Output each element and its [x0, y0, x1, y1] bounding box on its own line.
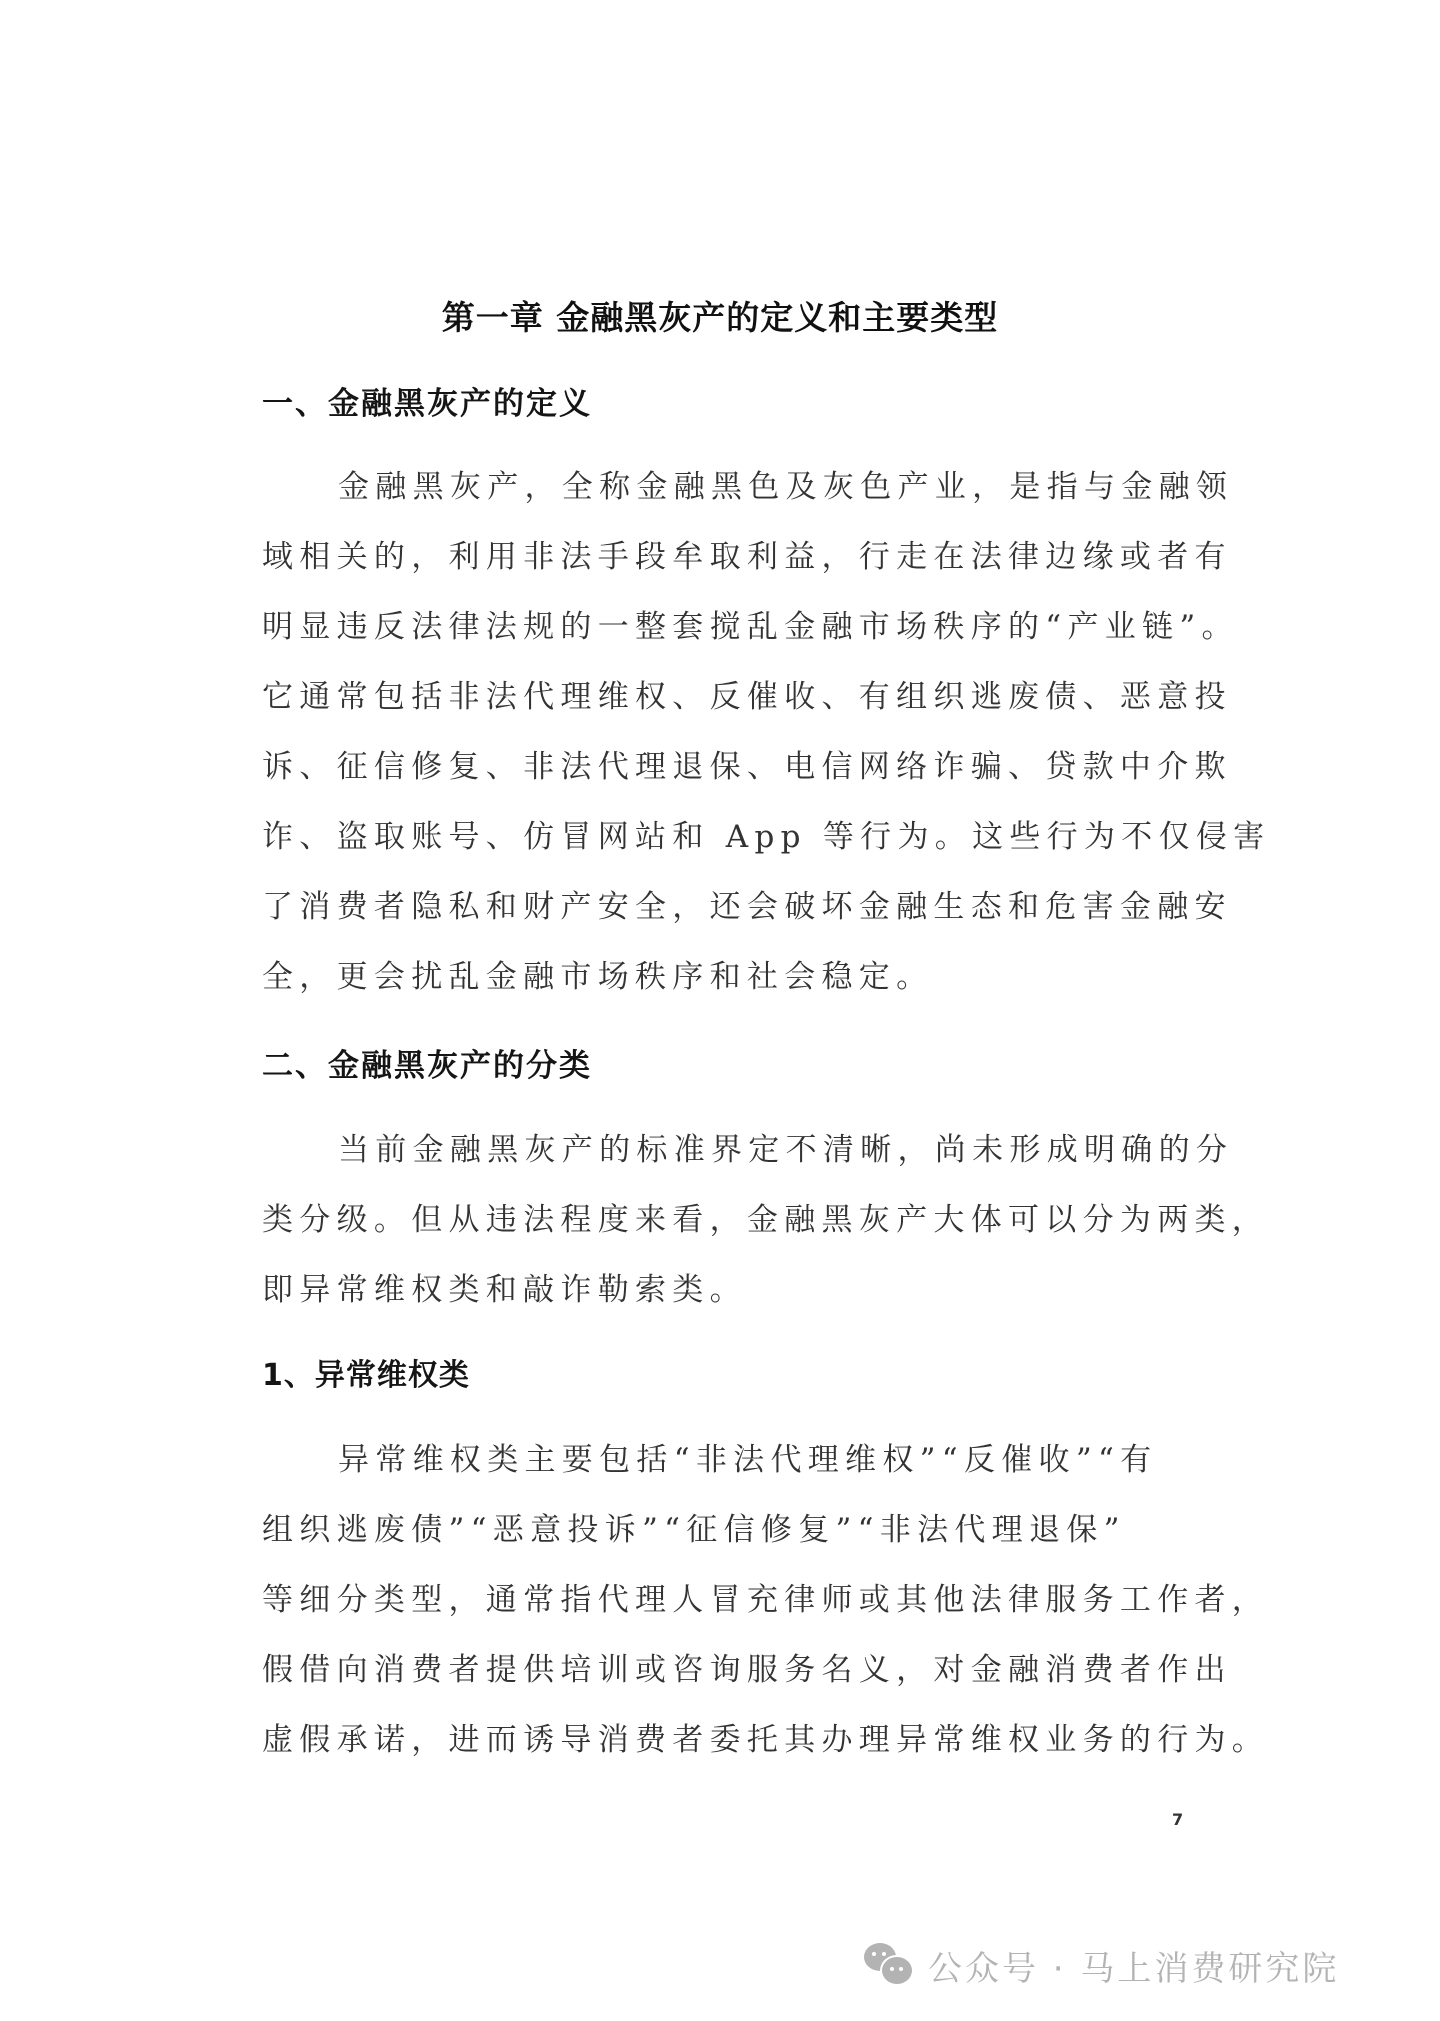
section-heading-definition: 一、金融黑灰产的定义 — [262, 378, 592, 423]
text-line: 域相关的，利用非法手段牟取利益，行走在法律边缘或者有 — [262, 522, 1192, 592]
text-line: 类分级。但从违法程度来看，金融黑灰产大体可以分为两类， — [262, 1185, 1192, 1255]
watermark: 公众号 · 马上消费研究院 — [864, 1942, 1339, 1988]
document-page: 第一章 金融黑灰产的定义和主要类型 一、金融黑灰产的定义 金融黑灰产，全称金融黑… — [0, 0, 1440, 2021]
text-line: 诉、征信修复、非法代理退保、电信网络诈骗、贷款中介欺 — [262, 732, 1192, 802]
text-line: 虚假承诺，进而诱导消费者委托其办理异常维权业务的行为。 — [262, 1705, 1192, 1775]
subsection-heading-abnormal-rights: 1、异常维权类 — [262, 1350, 470, 1394]
section-heading-classification: 二、金融黑灰产的分类 — [262, 1040, 592, 1085]
chapter-title: 第一章 金融黑灰产的定义和主要类型 — [0, 292, 1440, 339]
wechat-icon — [864, 1943, 912, 1987]
text-line: 金融黑灰产，全称金融黑色及灰色产业，是指与金融领 — [262, 452, 1192, 522]
text-line: 诈、盗取账号、仿冒网站和 App 等行为。这些行为不仅侵害 — [262, 802, 1192, 872]
text-line: 明显违反法律法规的一整套搅乱金融市场秩序的“产业链”。 — [262, 592, 1192, 662]
text-line: 假借向消费者提供培训或咨询服务名义，对金融消费者作出 — [262, 1635, 1192, 1705]
text-line: 当前金融黑灰产的标准界定不清晰，尚未形成明确的分 — [262, 1115, 1192, 1185]
watermark-text: 公众号 · 马上消费研究院 — [928, 1941, 1339, 1990]
text-line: 等细分类型，通常指代理人冒充律师或其他法律服务工作者， — [262, 1565, 1192, 1635]
paragraph-abnormal-rights: 异常维权类主要包括“非法代理维权”“反催收”“有 组织逃废债”“恶意投诉”“征信… — [262, 1425, 1192, 1775]
text-line: 全，更会扰乱金融市场秩序和社会稳定。 — [262, 942, 1192, 1012]
text-line: 组织逃废债”“恶意投诉”“征信修复”“非法代理退保” — [262, 1495, 1192, 1565]
page-number: 7 — [1172, 1810, 1183, 1829]
text-line: 了消费者隐私和财产安全，还会破坏金融生态和危害金融安 — [262, 872, 1192, 942]
text-line: 它通常包括非法代理维权、反催收、有组织逃废债、恶意投 — [262, 662, 1192, 732]
text-line: 即异常维权类和敲诈勒索类。 — [262, 1255, 1192, 1325]
text-line: 异常维权类主要包括“非法代理维权”“反催收”“有 — [262, 1425, 1192, 1495]
paragraph-definition: 金融黑灰产，全称金融黑色及灰色产业，是指与金融领 域相关的，利用非法手段牟取利益… — [262, 452, 1192, 1012]
paragraph-classification: 当前金融黑灰产的标准界定不清晰，尚未形成明确的分 类分级。但从违法程度来看，金融… — [262, 1115, 1192, 1325]
